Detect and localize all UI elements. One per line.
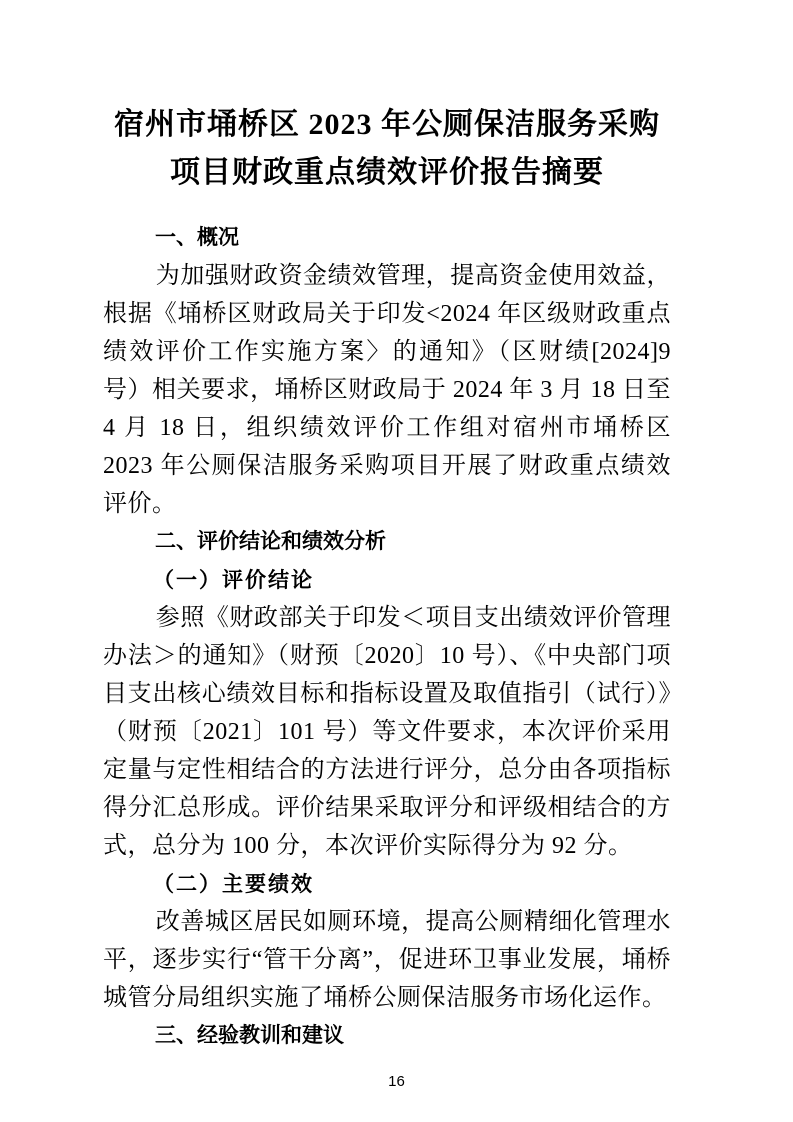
paragraph-main-performance: 改善城区居民如厕环境，提高公厕精细化管理水平，逐步实行“管干分离”，促进环卫事业… <box>103 903 671 1017</box>
page-number: 16 <box>0 1073 793 1090</box>
section-heading-lessons-and-suggestions: 三、经验教训和建议 <box>103 1017 671 1055</box>
paragraph-overview: 为加强财政资金绩效管理，提高资金使用效益，根据《埇桥区财政局关于印发<2024 … <box>103 257 671 523</box>
document-title-line1: 宿州市埇桥区 2023 年公厕保洁服务采购 <box>103 101 671 149</box>
section-heading-overview: 一、概况 <box>103 219 671 257</box>
paragraph-evaluation-conclusion: 参照《财政部关于印发＜项目支出绩效评价管理办法＞的通知》（财预〔2020〕10 … <box>103 599 671 865</box>
subsection-heading-main-performance: （二）主要绩效 <box>103 865 671 903</box>
document-title: 宿州市埇桥区 2023 年公厕保洁服务采购 项目财政重点绩效评价报告摘要 <box>103 101 671 197</box>
subsection-heading-evaluation-conclusion: （一）评价结论 <box>103 561 671 599</box>
document-page: 宿州市埇桥区 2023 年公厕保洁服务采购 项目财政重点绩效评价报告摘要 一、概… <box>0 0 793 1122</box>
document-title-line2: 项目财政重点绩效评价报告摘要 <box>103 149 671 197</box>
section-heading-conclusion-and-analysis: 二、评价结论和绩效分析 <box>103 523 671 561</box>
document-content: 宿州市埇桥区 2023 年公厕保洁服务采购 项目财政重点绩效评价报告摘要 一、概… <box>103 101 671 1055</box>
